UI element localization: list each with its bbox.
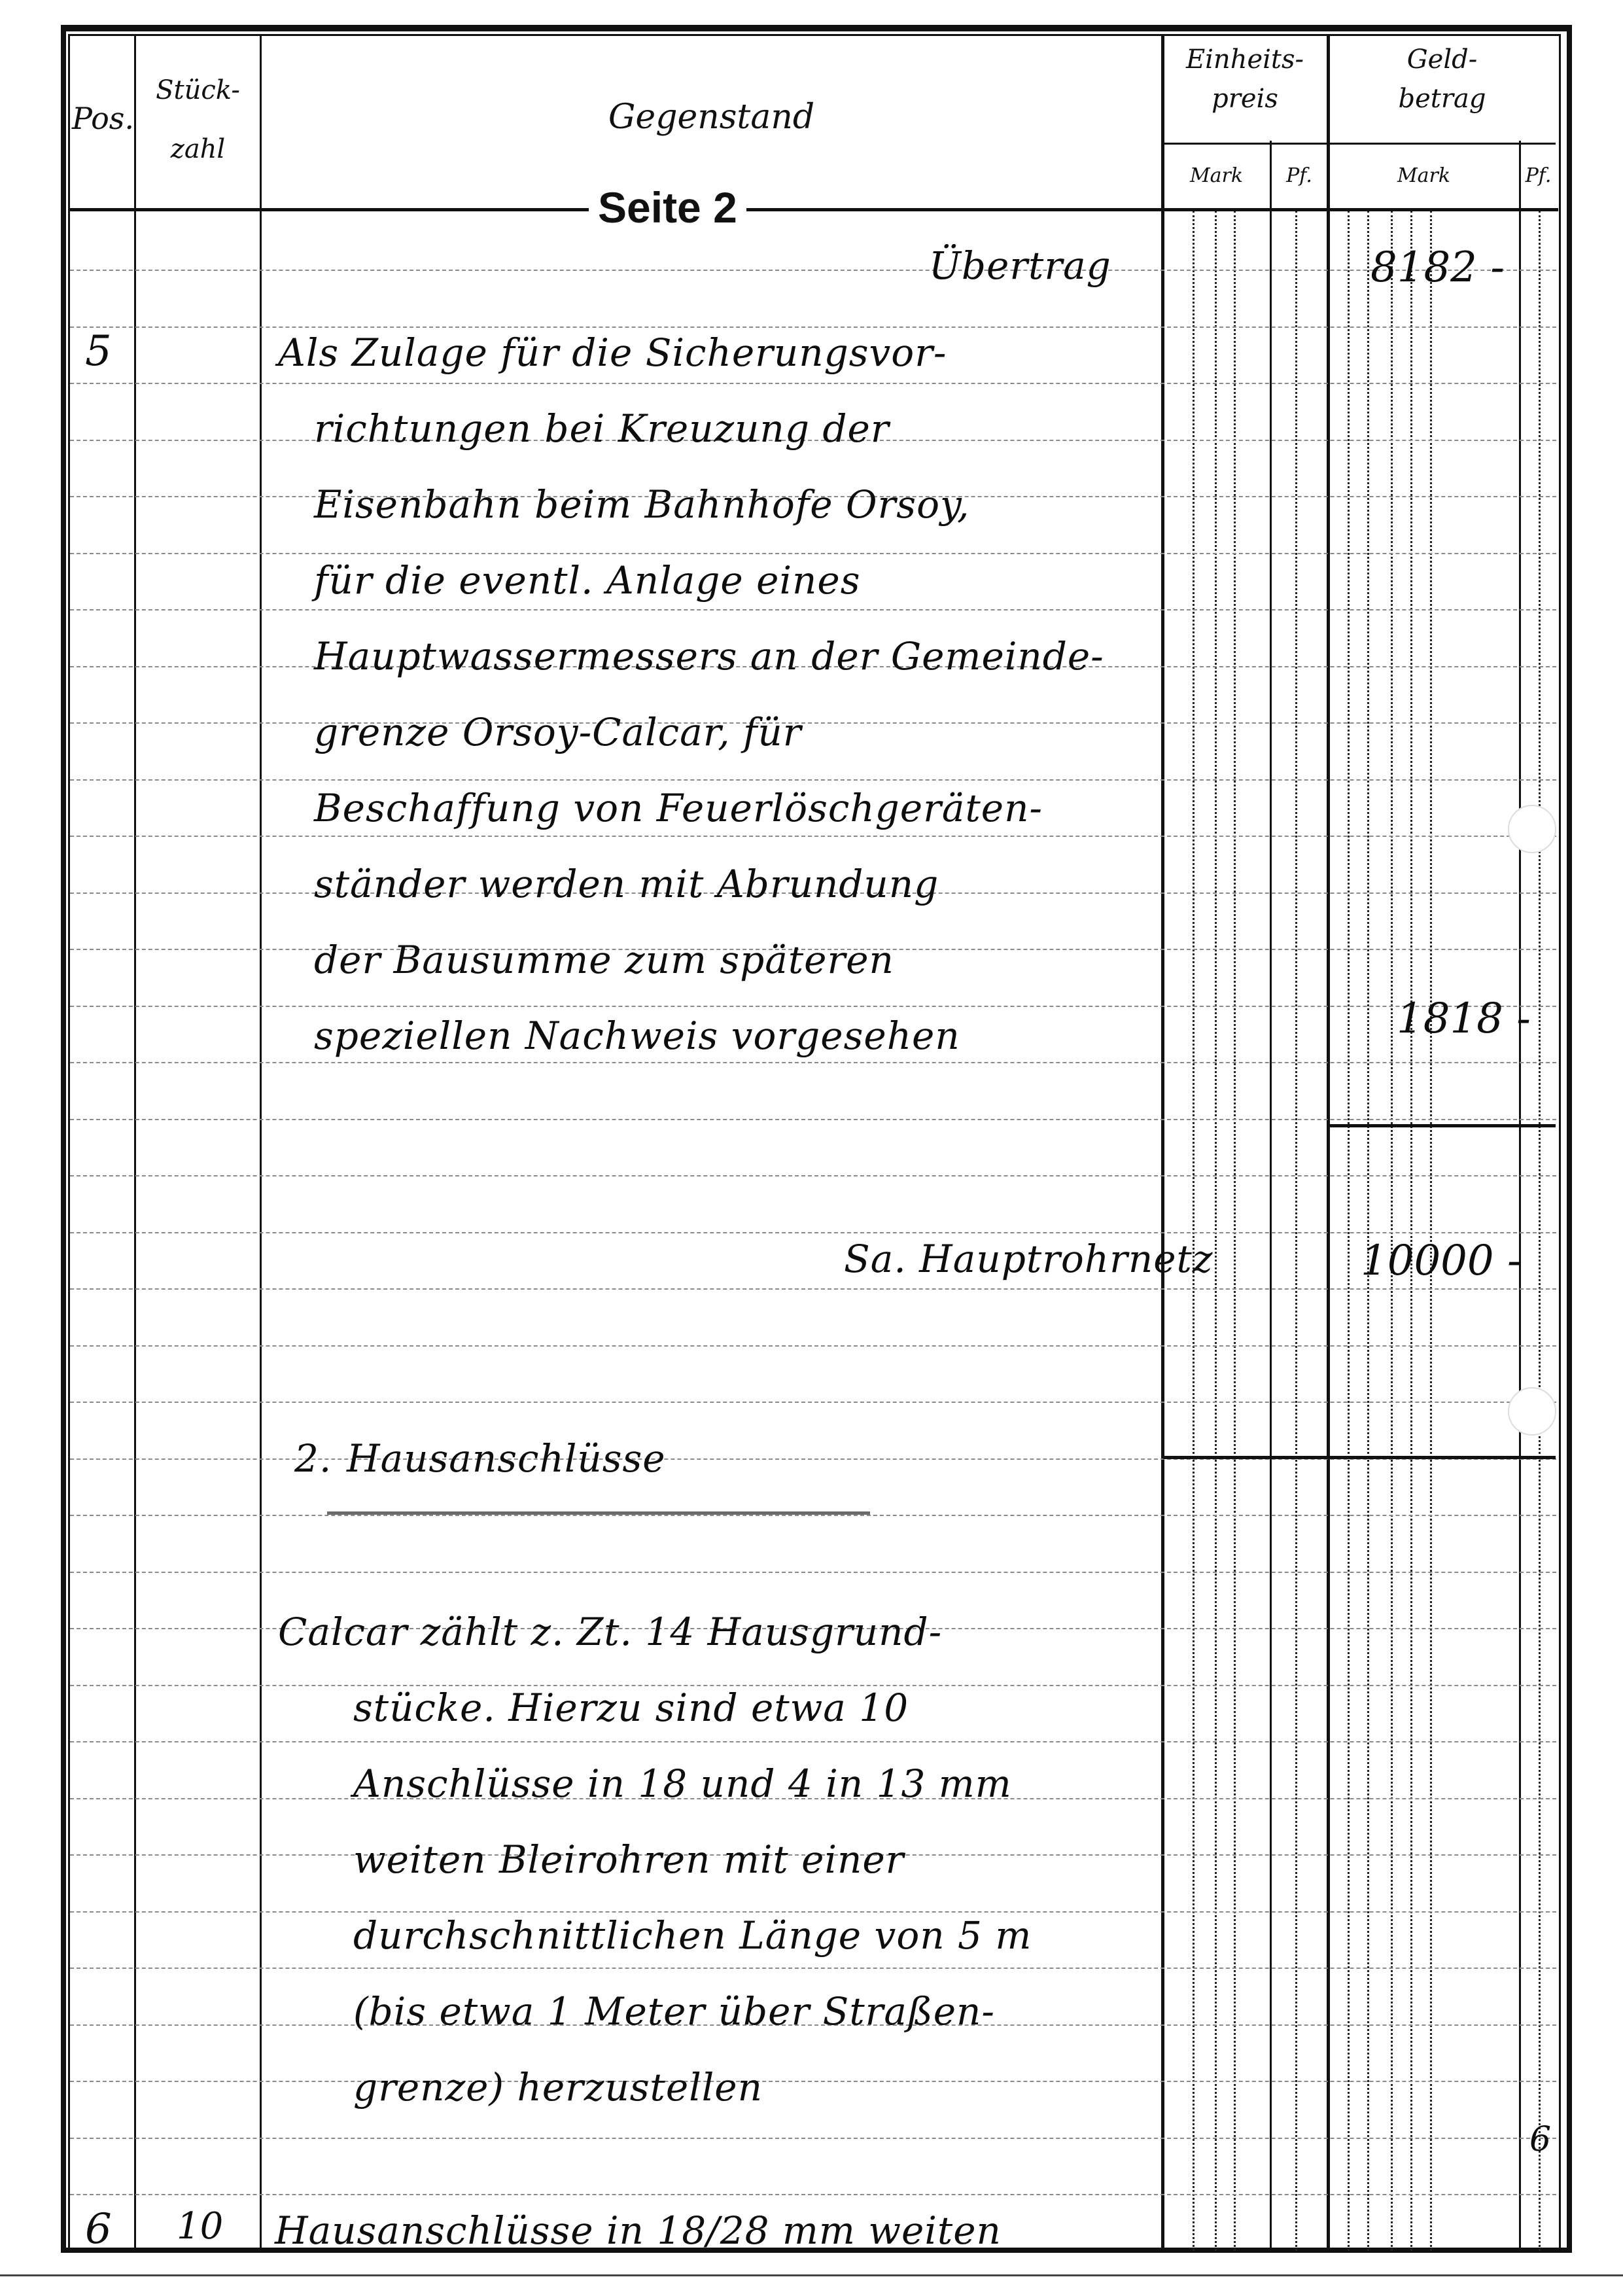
header-pos: Pos. bbox=[72, 101, 134, 136]
ruled-line bbox=[70, 1402, 1556, 1403]
header-bottom-rule bbox=[70, 208, 1558, 211]
section-text-line: durchschnittlichen Länge von 5 m bbox=[353, 1913, 1032, 1958]
entry-6-pos: 6 bbox=[85, 2205, 112, 2253]
ruled-line bbox=[70, 270, 1556, 271]
entry-5-line: Als Zulage für die Sicherungsvor- bbox=[278, 330, 947, 375]
entry-6-qty: 10 bbox=[177, 2205, 223, 2248]
carry-over-label: Übertrag bbox=[929, 243, 1111, 288]
entry-5-pos: 5 bbox=[85, 327, 112, 376]
header-geldbetrag-pf: Pf. bbox=[1521, 165, 1556, 188]
section-text-line: Anschlüsse in 18 und 4 in 13 mm bbox=[353, 1761, 1012, 1806]
column-divider-einheitspreis-pf bbox=[1270, 141, 1272, 2251]
entry-5-line: Eisenbahn beim Bahnhofe Orsoy, bbox=[314, 482, 970, 527]
header-subrule bbox=[1163, 143, 1556, 145]
section-text-line: grenze) herzustellen bbox=[353, 2065, 763, 2110]
digit-guide bbox=[1410, 211, 1412, 2251]
column-divider-geldbetrag-pf bbox=[1519, 141, 1521, 2251]
header-stueckzahl-2: zahl bbox=[136, 134, 260, 164]
digit-guide bbox=[1367, 211, 1369, 2251]
ruled-line bbox=[70, 1741, 1556, 1742]
digit-guide bbox=[1391, 211, 1393, 2251]
header-geldbetrag-mark: Mark bbox=[1329, 165, 1519, 188]
column-divider-stueckzahl bbox=[260, 36, 262, 2251]
column-divider-pos bbox=[134, 36, 136, 2251]
header-geldbetrag-1: Geld- bbox=[1329, 44, 1556, 75]
section-title-underline bbox=[327, 1511, 870, 1515]
ruled-line bbox=[70, 327, 1556, 328]
column-divider-einheitspreis bbox=[1327, 36, 1330, 2251]
carry-over-amount: 8182 - bbox=[1370, 243, 1505, 292]
punch-hole bbox=[1508, 1387, 1556, 1436]
ruled-line bbox=[70, 1006, 1556, 1007]
digit-guide bbox=[1234, 211, 1236, 2251]
ruled-line bbox=[70, 1345, 1556, 1347]
ruled-line bbox=[70, 2138, 1556, 2139]
header-einheitspreis-2: preis bbox=[1163, 84, 1327, 114]
entry-5-line: grenze Orsoy-Calcar, für bbox=[314, 710, 802, 754]
ruled-line bbox=[70, 1515, 1556, 1516]
section-text-line: Calcar zählt z. Zt. 14 Hausgrund- bbox=[278, 1610, 942, 1654]
section-text-line: weiten Bleirohren mit einer bbox=[353, 1837, 904, 1882]
entry-6-text: Hausanschlüsse in 18/28 mm weiten bbox=[275, 2208, 1002, 2253]
entry-5-line: Beschaffung von Feuerlöschgeräten- bbox=[314, 786, 1043, 830]
ruled-line bbox=[70, 1911, 1556, 1913]
ruled-line bbox=[70, 1288, 1556, 1290]
entry-5-line: ständer werden mit Abrundung bbox=[314, 862, 939, 906]
ruled-line bbox=[70, 553, 1556, 554]
section-number: 2. bbox=[294, 1436, 332, 1481]
ruled-line bbox=[70, 722, 1556, 724]
ruled-line bbox=[70, 1572, 1556, 1573]
digit-guide bbox=[1215, 211, 1217, 2251]
punch-hole bbox=[1508, 805, 1556, 853]
digit-guide bbox=[1348, 211, 1350, 2251]
digit-guide bbox=[1539, 211, 1541, 2251]
header-stueckzahl-1: Stück- bbox=[136, 75, 260, 105]
section-text-line: (bis etwa 1 Meter über Straßen- bbox=[353, 1989, 995, 2034]
page-bottom-edge bbox=[0, 2274, 1623, 2276]
ruled-line bbox=[70, 1062, 1556, 1063]
subtotal-label: Sa. Hauptrohrnetz bbox=[844, 1237, 1213, 1281]
ruled-line bbox=[70, 1175, 1556, 1176]
ruled-line bbox=[70, 779, 1556, 781]
entry-5-amount: 1818 - bbox=[1397, 995, 1531, 1043]
entry-5-line: speziellen Nachweis vorgesehen bbox=[314, 1014, 960, 1058]
digit-guide bbox=[1193, 211, 1195, 2251]
entry-5-line: richtungen bei Kreuzung der bbox=[314, 406, 890, 451]
total-rule bbox=[1163, 1456, 1556, 1459]
entry-5-line: für die eventl. Anlage eines bbox=[314, 558, 861, 603]
subtotal-rule bbox=[1329, 1124, 1556, 1127]
ruled-line bbox=[70, 1119, 1556, 1120]
ruled-line bbox=[70, 2194, 1556, 2195]
section-title: Hausanschlüsse bbox=[347, 1436, 666, 1481]
header-einheitspreis-mark: Mark bbox=[1163, 165, 1270, 188]
ruled-line bbox=[70, 836, 1556, 837]
ruled-line bbox=[70, 609, 1556, 610]
header-einheitspreis-1: Einheits- bbox=[1163, 44, 1327, 75]
header-einheitspreis-pf: Pf. bbox=[1272, 165, 1327, 188]
page-label: Seite 2 bbox=[589, 186, 746, 229]
subtotal-amount: 10000 - bbox=[1361, 1237, 1522, 1285]
ruled-line bbox=[70, 383, 1556, 384]
entry-5-line: Hauptwassermessers an der Gemeinde- bbox=[314, 634, 1104, 679]
ruled-line bbox=[70, 2081, 1556, 2082]
entry-5-line: der Bausumme zum späteren bbox=[314, 938, 894, 982]
header-gegenstand: Gegenstand bbox=[262, 98, 1161, 137]
column-divider-gegenstand bbox=[1161, 36, 1164, 2251]
section-text-line: stücke. Hierzu sind etwa 10 bbox=[353, 1686, 909, 1730]
digit-guide bbox=[1295, 211, 1297, 2251]
header-geldbetrag-2: betrag bbox=[1329, 84, 1556, 114]
margin-note: 6 bbox=[1529, 2120, 1551, 2159]
ruled-line bbox=[70, 1968, 1556, 1969]
ruled-line bbox=[70, 1232, 1556, 1233]
digit-guide bbox=[1430, 211, 1432, 2251]
